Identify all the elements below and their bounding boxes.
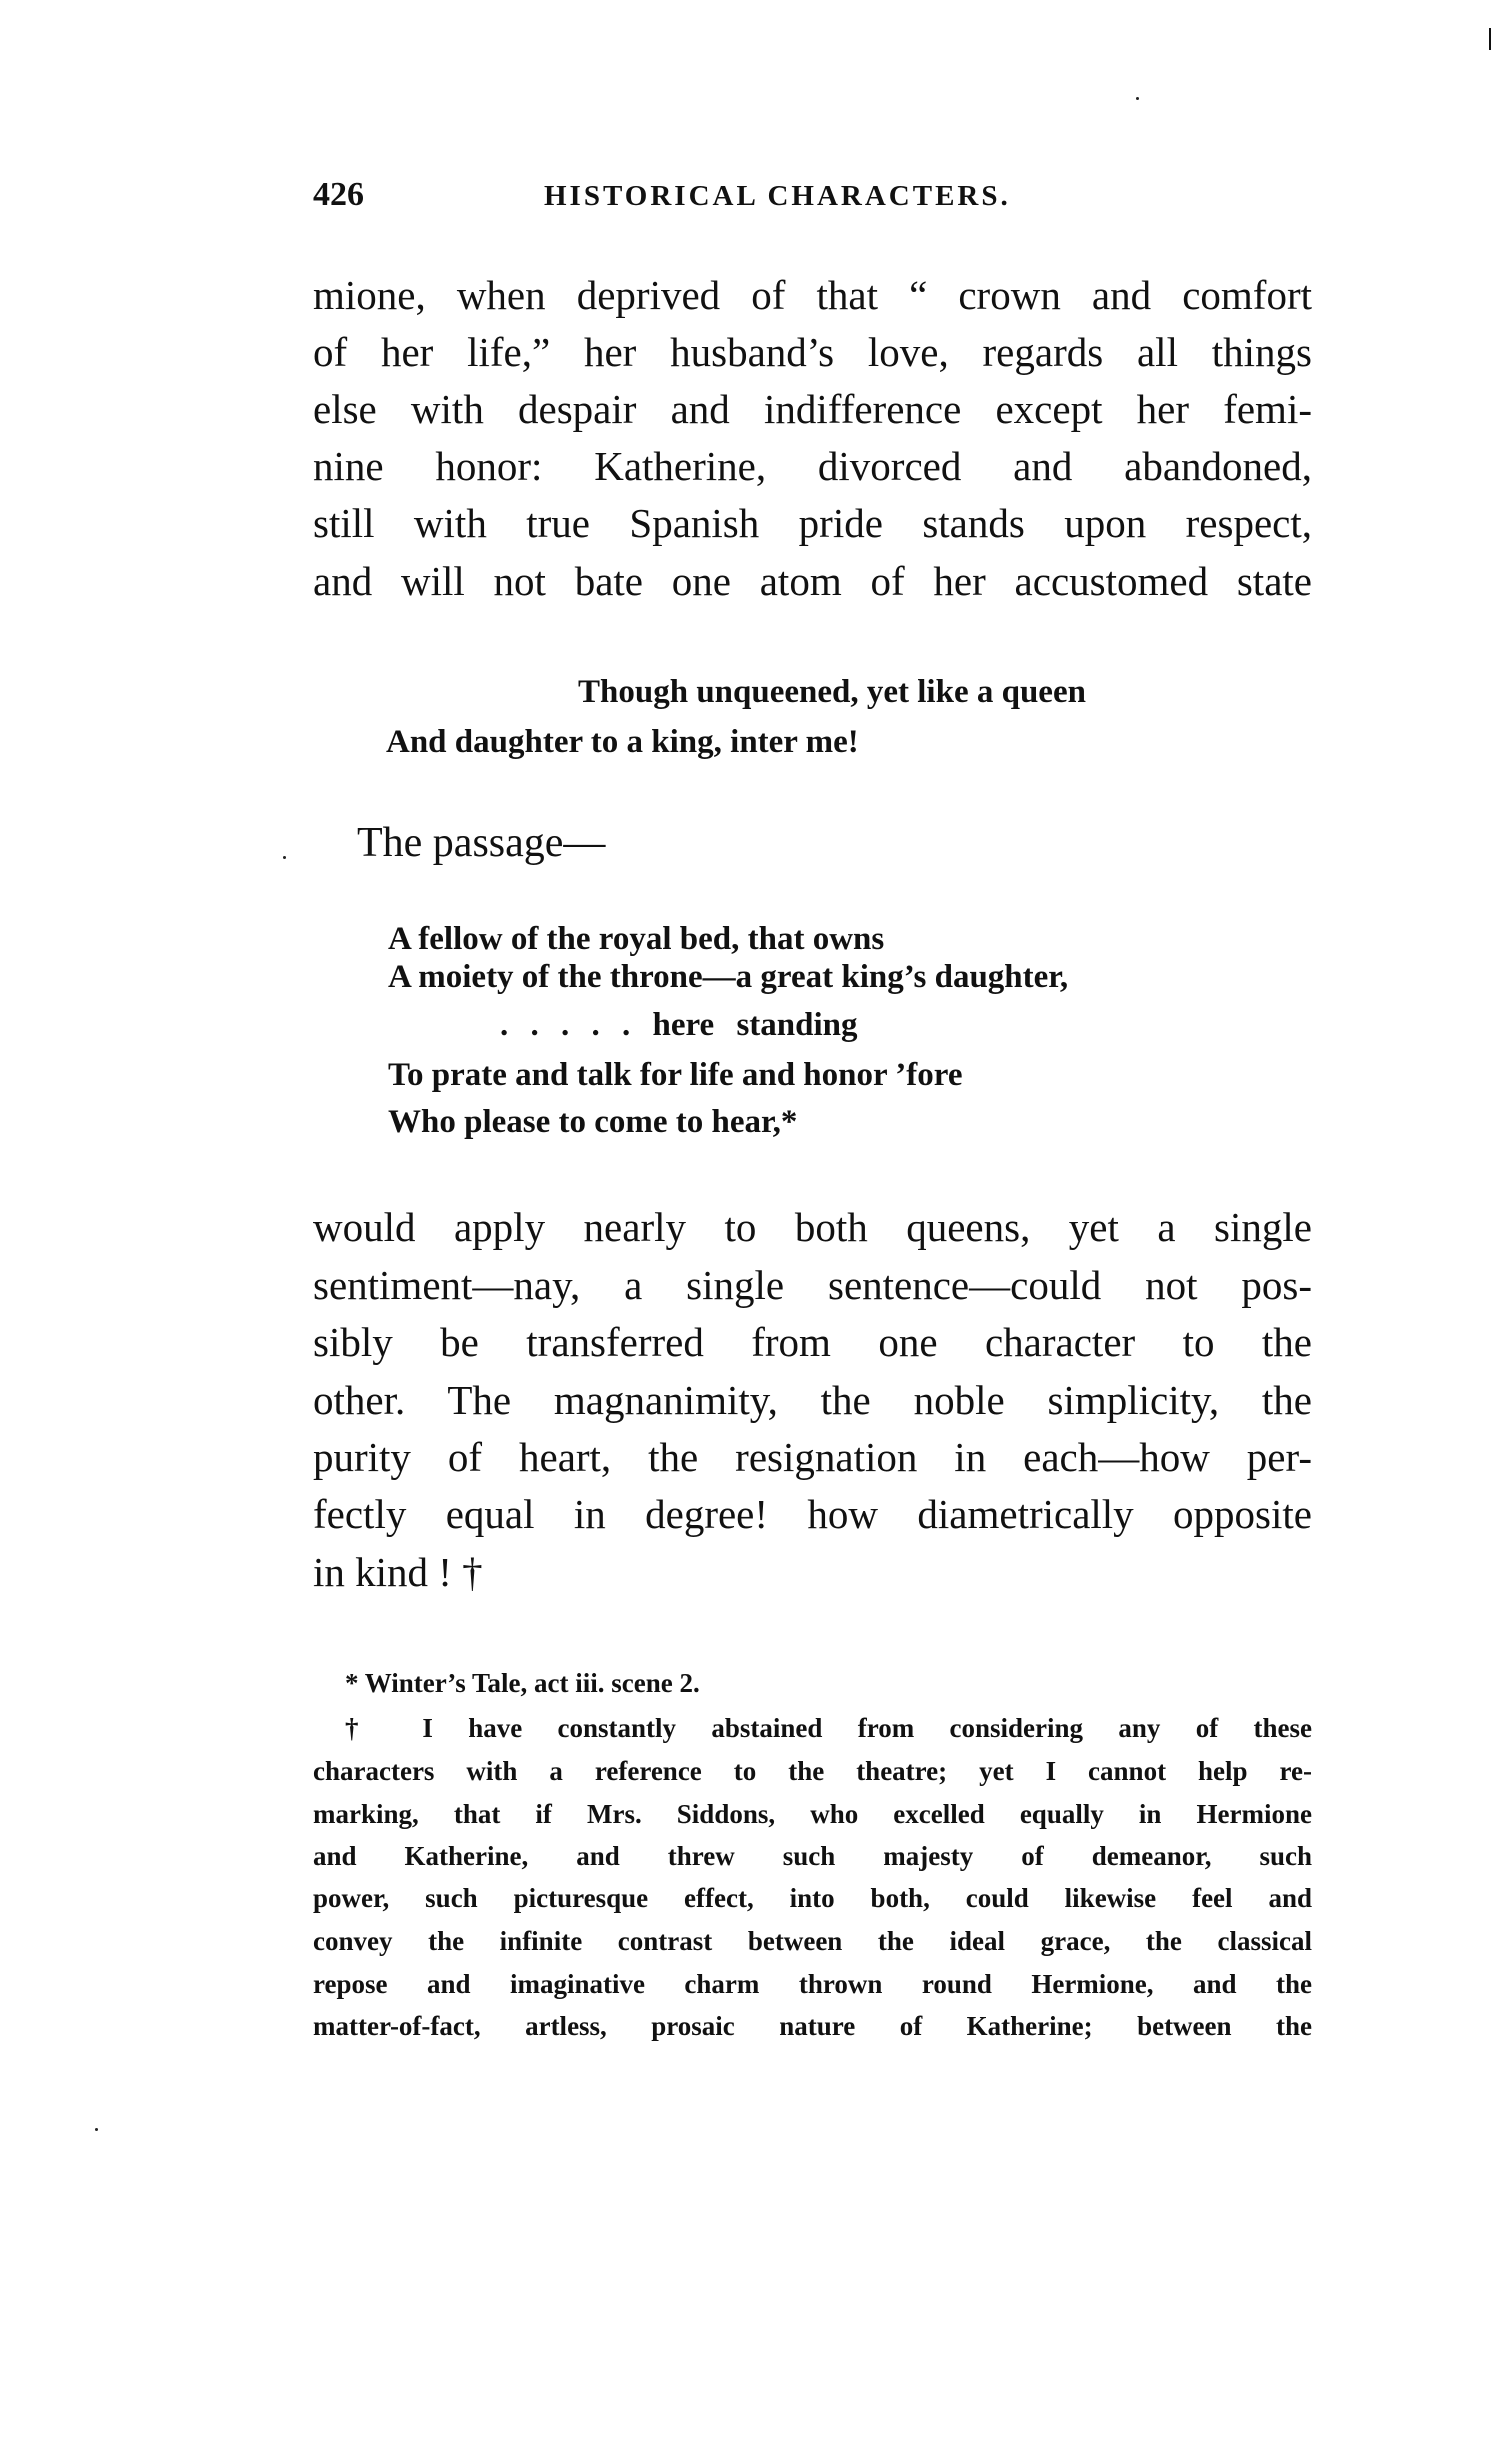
page-number: 426 (313, 176, 364, 214)
body-line: in kind ! † (313, 1547, 1312, 1597)
scan-speck (283, 856, 286, 859)
body-line: other. The magnanimity, the noble simpli… (313, 1375, 1312, 1425)
verse-line: A fellow of the royal bed, that owns (388, 919, 884, 959)
footnote-2-line: characters with a reference to the theat… (313, 1753, 1312, 1789)
body-line: and will not bate one atom of her accust… (313, 556, 1312, 606)
running-title: HISTORICAL CHARACTERS. (544, 180, 1011, 213)
footnote-2-line: convey the infinite contrast between the… (313, 1923, 1312, 1959)
footnote-2-line: marking, that if Mrs. Siddons, who excel… (313, 1796, 1312, 1832)
footnote-2-line: power, such picturesque effect, into bot… (313, 1880, 1312, 1916)
footnote-2-line: † I have constantly abstained from consi… (345, 1710, 1312, 1746)
verse-line: Who please to come to hear,* (388, 1102, 797, 1142)
body-line: purity of heart, the resignation in each… (313, 1432, 1312, 1482)
verse-line: A moiety of the throne—a great king’s da… (388, 957, 1068, 997)
verse-line: And daughter to a king, inter me! (386, 722, 859, 762)
footnote-2-line: repose and imaginative charm thrown roun… (313, 1966, 1312, 2002)
scan-speck (95, 2128, 98, 2131)
body-line: sibly be transferred from one character … (313, 1317, 1312, 1367)
passage-intro: The passage— (357, 818, 605, 868)
footnote-1: * Winter’s Tale, act iii. scene 2. (345, 1665, 700, 1701)
body-line: of her life,” her husband’s love, regard… (313, 327, 1312, 377)
verse-line: To prate and talk for life and honor ’fo… (388, 1055, 963, 1095)
footnote-2-line: matter-of-fact, artless, prosaic nature … (313, 2008, 1312, 2044)
book-page: 426 HISTORICAL CHARACTERS. mione, when d… (0, 0, 1499, 2443)
scan-speck (1136, 97, 1139, 100)
scan-edge-mark (1489, 28, 1491, 50)
body-line: mione, when deprived of that “ crown and… (313, 270, 1312, 320)
body-line: still with true Spanish pride stands upo… (313, 498, 1312, 548)
body-line: else with despair and indifference excep… (313, 384, 1312, 434)
running-head: 426 HISTORICAL CHARACTERS. (313, 176, 1313, 220)
body-line: nine honor: Katherine, divorced and aban… (313, 441, 1312, 491)
body-line: would apply nearly to both queens, yet a… (313, 1202, 1312, 1252)
body-line: fectly equal in degree! how diametricall… (313, 1489, 1312, 1539)
verse-line: . . . . . here standing (500, 1005, 858, 1045)
body-line: sentiment—nay, a single sentence—could n… (313, 1260, 1312, 1310)
verse-line: Though unqueened, yet like a queen (578, 672, 1086, 712)
footnote-2-line: and Katherine, and threw such majesty of… (313, 1838, 1312, 1874)
